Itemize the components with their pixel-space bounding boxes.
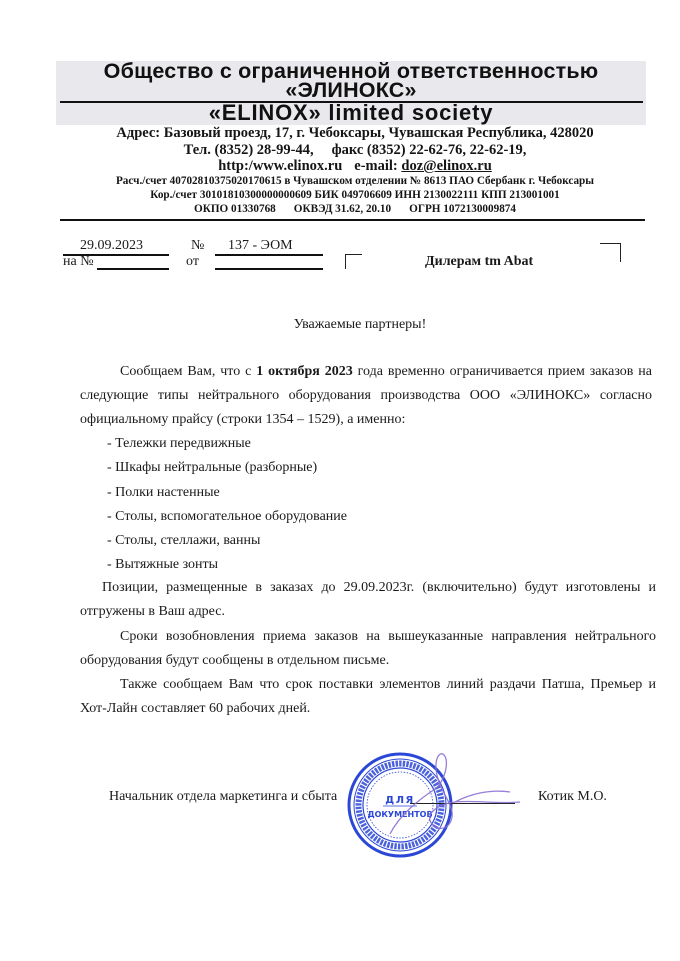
list-item: - Вытяжные зонты	[107, 553, 347, 577]
addressee-corner-right	[600, 243, 621, 262]
number-label: №	[191, 238, 204, 254]
para1-text-a: Сообщаем Вам, что с	[120, 364, 256, 379]
company-address: Адрес: Базовый проезд, 17, г. Чебоксары,…	[60, 125, 650, 142]
number-underline	[215, 254, 323, 256]
bank-account: Расч./счет 40702810375020170615 в Чувашс…	[60, 175, 650, 187]
in-reply-underline	[97, 268, 169, 270]
signatory-name: Котик М.О.	[538, 789, 607, 805]
list-item: - Полки настенные	[107, 481, 347, 505]
website-link[interactable]: http:/www.elinox.ru	[218, 158, 342, 174]
company-contacts: http:/www.elinox.rue-mail: doz@elinox.ru	[60, 158, 650, 175]
letterhead-bottom-rule	[60, 219, 645, 221]
list-item: - Столы, вспомогательное оборудование	[107, 505, 347, 529]
company-name-en: «ELINOX» limited society	[56, 101, 646, 125]
ogrn: ОГРН 1072130009874	[409, 203, 516, 215]
company-name-ru-line2: «ЭЛИНОКС»	[56, 81, 646, 100]
addressee: Дилерам tm Abat	[425, 254, 533, 270]
restricted-items-list: - Тележки передвижные - Шкафы нейтральны…	[107, 432, 347, 578]
fax: факс (8352) 22-62-76, 22-62-19,	[332, 142, 527, 158]
from-label: от	[186, 254, 199, 270]
paragraph-resumption: Сроки возобновления приема заказов на вы…	[80, 625, 656, 673]
list-item: - Столы, стеллажи, ванны	[107, 529, 347, 553]
paragraph-existing-orders: Позиции, размещенные в заказах до 29.09.…	[80, 576, 656, 624]
paragraph-delivery-time: Также сообщаем Вам что срок поставки эле…	[80, 673, 656, 721]
signatory-title: Начальник отдела маркетинга и сбыта	[109, 789, 337, 805]
correspondent-account: Кор./счет 30101810300000000609 БИК 04970…	[60, 189, 650, 201]
from-underline	[215, 268, 323, 270]
salutation: Уважаемые партнеры!	[60, 317, 660, 333]
okpo: ОКПО 01330768	[194, 203, 276, 215]
okved: ОКВЭД 31.62, 20.10	[294, 203, 391, 215]
registration-codes: ОКПО 01330768ОКВЭД 31.62, 20.10ОГРН 1072…	[60, 203, 650, 215]
list-item: - Тележки передвижные	[107, 432, 347, 456]
in-reply-label: на №	[63, 254, 94, 270]
addressee-corner-left	[345, 254, 362, 269]
effective-date: 1 октября 2023	[256, 364, 353, 379]
email-link[interactable]: doz@elinox.ru	[401, 158, 491, 174]
paragraph-announcement: Сообщаем Вам, что с 1 октября 2023 года …	[80, 360, 652, 433]
outgoing-number: 137 - ЭОМ	[228, 238, 293, 254]
company-name-ru: Общество с ограниченной ответственностью…	[56, 62, 646, 100]
list-item: - Шкафы нейтральные (разборные)	[107, 456, 347, 480]
email-label: e-mail:	[354, 158, 397, 174]
phone: Тел. (8352) 28-99-44,	[184, 142, 314, 158]
company-phones: Тел. (8352) 28-99-44,факс (8352) 22-62-7…	[60, 142, 650, 159]
handwritten-signature-icon	[380, 744, 530, 844]
outgoing-date: 29.09.2023	[80, 238, 143, 254]
